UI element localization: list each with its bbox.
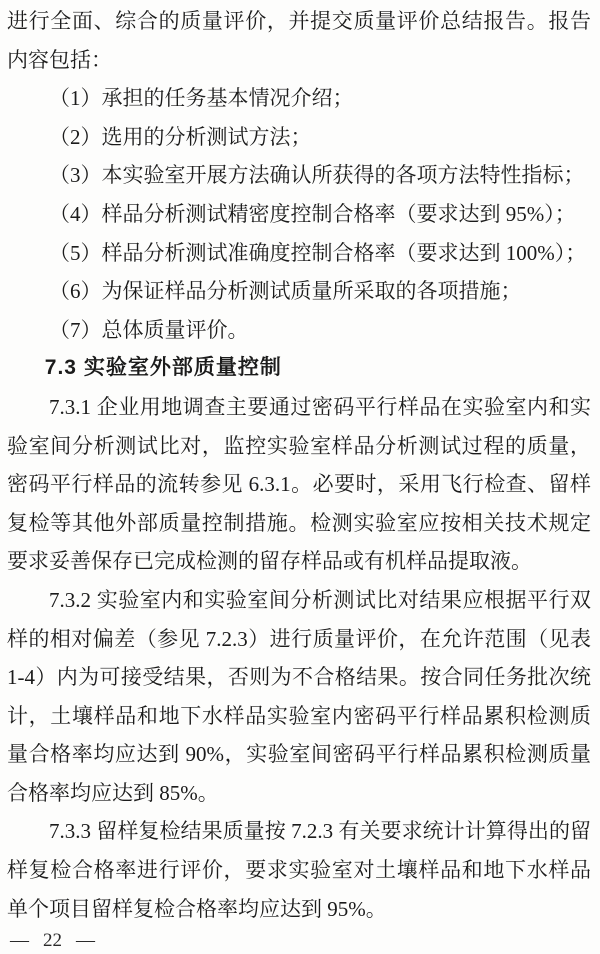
report-item-4: （4）样品分析测试精密度控制合格率（要求达到 95%）； [7,195,591,234]
footer-dash-right: — [76,922,95,954]
document-page: 进行全面、综合的质量评价，并提交质量评价总结报告。报告内容包括： （1）承担的任… [0,0,600,954]
paragraph-7-3-3: 7.3.3 留样复检结果质量按 7.2.3 有关要求统计计算得出的留样复检合格率… [7,812,591,928]
page-footer: — 22 — [10,922,95,954]
report-item-7: （7）总体质量评价。 [7,311,591,350]
report-item-3: （3）本实验室开展方法确认所获得的各项方法特性指标； [7,156,591,195]
footer-dash-left: — [10,922,29,954]
report-item-2: （2）选用的分析测试方法； [7,118,591,157]
report-item-6: （6）为保证样品分析测试质量所采取的各项措施； [7,272,591,311]
page-number: 22 [43,922,62,954]
report-item-5: （5）样品分析测试准确度控制合格率（要求达到 100%）； [7,234,591,273]
report-item-1: （1）承担的任务基本情况介绍； [7,79,591,118]
paragraph-7-3-2: 7.3.2 实验室内和实验室间分析测试比对结果应根据平行双样的相对偏差（参见 7… [7,581,591,813]
intro-paragraph: 进行全面、综合的质量评价，并提交质量评价总结报告。报告内容包括： [7,2,591,79]
section-heading-7-3: 7.3 实验室外部质量控制 [7,349,591,388]
paragraph-7-3-1: 7.3.1 企业用地调查主要通过密码平行样品在实验室内和实验室间分析测试比对，监… [7,388,591,581]
